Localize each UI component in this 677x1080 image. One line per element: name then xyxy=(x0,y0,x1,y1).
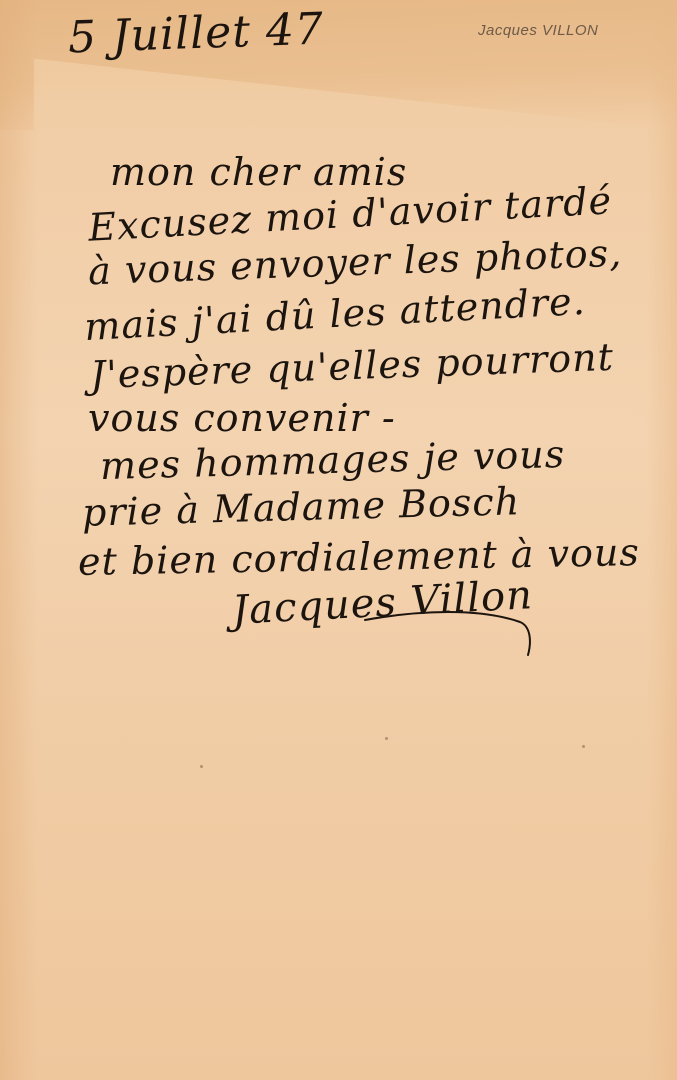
letter-line: vous convenir - xyxy=(88,396,396,440)
paper-speck xyxy=(200,765,203,768)
paper-left-edge xyxy=(0,0,38,1080)
paper-right-edge xyxy=(647,0,677,1080)
date-line: 5 Juillet 47 xyxy=(67,4,324,64)
archival-annotation: Jacques VILLON xyxy=(478,22,598,39)
signature-flourish-icon xyxy=(360,600,535,660)
paper-speck xyxy=(582,745,585,748)
letter-line: mon cher amis xyxy=(110,150,407,194)
paper-speck xyxy=(385,737,388,740)
